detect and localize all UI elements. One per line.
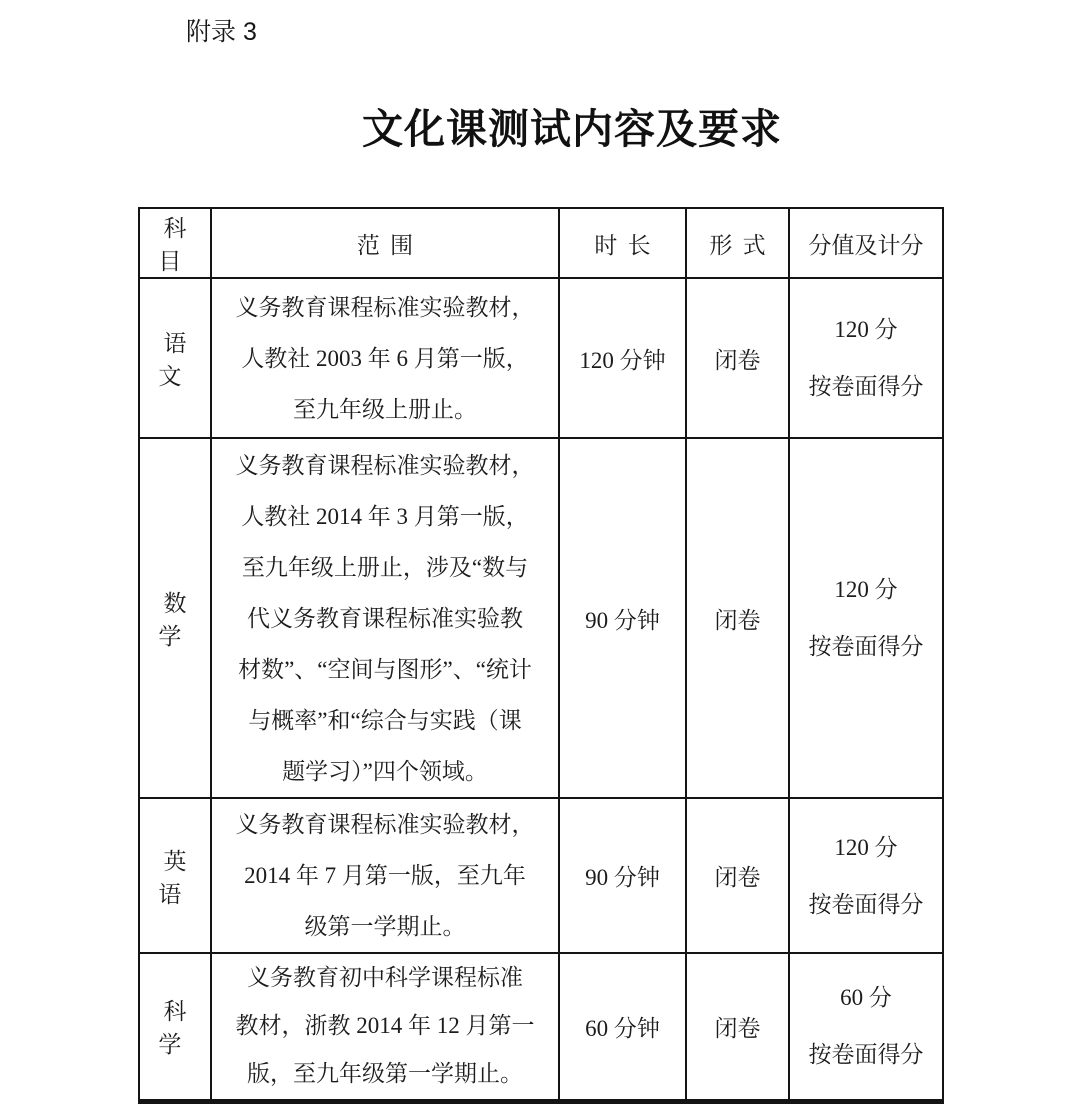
header-duration: 时长 bbox=[559, 208, 686, 278]
format-cell: 闭卷 bbox=[686, 278, 789, 438]
scope-line: 义务教育课程标准实验教材， bbox=[212, 440, 558, 491]
subject-cell: 科学 bbox=[139, 953, 211, 1101]
page-title: 文化课测试内容及要求 bbox=[32, 96, 1080, 155]
scope-line: 2014 年 7 月第一版，至九年 bbox=[212, 850, 558, 901]
header-subject: 科目 bbox=[139, 208, 211, 278]
score-line: 120 分 bbox=[790, 301, 942, 358]
scope-cell: 义务教育课程标准实验教材， 2014 年 7 月第一版，至九年 级第一学期止。 bbox=[211, 798, 559, 953]
duration-cell: 120 分钟 bbox=[559, 278, 686, 438]
scope-line: 义务教育课程标准实验教材， bbox=[212, 799, 558, 850]
header-scope: 范围 bbox=[211, 208, 559, 278]
scope-line: 版，至九年级第一学期止。 bbox=[212, 1050, 558, 1098]
appendix-label: 附录 3 bbox=[186, 12, 257, 48]
scope-line: 义务教育初中科学课程标准 bbox=[212, 954, 558, 1002]
scope-cell: 义务教育课程标准实验教材， 人教社 2014 年 3 月第一版， 至九年级上册止… bbox=[211, 438, 559, 798]
test-requirements-table: 科目 范围 时长 形式 分值及计分 语文 义务教育课程标准实验教材， 人教社 2… bbox=[138, 207, 944, 1104]
scope-line: 至九年级上册止，涉及“数与 bbox=[212, 542, 558, 593]
duration-cell: 90 分钟 bbox=[559, 798, 686, 953]
format-cell: 闭卷 bbox=[686, 953, 789, 1101]
score-line: 按卷面得分 bbox=[790, 618, 942, 675]
subject-cell: 语文 bbox=[139, 278, 211, 438]
scope-line: 与概率”和“综合与实践（课 bbox=[212, 695, 558, 746]
scope-cell: 义务教育初中科学课程标准 教材，浙教 2014 年 12 月第一 版，至九年级第… bbox=[211, 953, 559, 1101]
score-cell: 120 分 按卷面得分 bbox=[789, 278, 943, 438]
duration-cell: 60 分钟 bbox=[559, 953, 686, 1101]
duration-cell: 90 分钟 bbox=[559, 438, 686, 798]
score-cell: 60 分 按卷面得分 bbox=[789, 953, 943, 1101]
table-row-english: 英语 义务教育课程标准实验教材， 2014 年 7 月第一版，至九年 级第一学期… bbox=[139, 798, 943, 953]
score-cell: 120 分 按卷面得分 bbox=[789, 438, 943, 798]
table-row-chinese: 语文 义务教育课程标准实验教材， 人教社 2003 年 6 月第一版， 至九年级… bbox=[139, 278, 943, 438]
format-cell: 闭卷 bbox=[686, 438, 789, 798]
score-line: 60 分 bbox=[790, 969, 942, 1026]
scope-line: 义务教育课程标准实验教材， bbox=[212, 282, 558, 333]
scope-line: 代义务教育课程标准实验教 bbox=[212, 593, 558, 644]
score-cell: 120 分 按卷面得分 bbox=[789, 798, 943, 953]
subject-cell: 数学 bbox=[139, 438, 211, 798]
scope-line: 教材，浙教 2014 年 12 月第一 bbox=[212, 1002, 558, 1050]
subject-cell: 英语 bbox=[139, 798, 211, 953]
score-line: 120 分 bbox=[790, 561, 942, 618]
scope-line: 材数”、“空间与图形”、“统计 bbox=[212, 644, 558, 695]
score-line: 按卷面得分 bbox=[790, 876, 942, 933]
format-cell: 闭卷 bbox=[686, 798, 789, 953]
header-format: 形式 bbox=[686, 208, 789, 278]
header-score: 分值及计分 bbox=[789, 208, 943, 278]
scope-line: 人教社 2003 年 6 月第一版， bbox=[212, 333, 558, 384]
score-line: 120 分 bbox=[790, 819, 942, 876]
table-header-row: 科目 范围 时长 形式 分值及计分 bbox=[139, 208, 943, 278]
scope-line: 题学习）”四个领域。 bbox=[212, 746, 558, 797]
document-page: 附录 3 文化课测试内容及要求 科目 范围 时长 形式 分值及计分 语文 义务教… bbox=[0, 0, 1080, 1118]
scope-line: 至九年级上册止。 bbox=[212, 384, 558, 435]
table-row-science: 科学 义务教育初中科学课程标准 教材，浙教 2014 年 12 月第一 版，至九… bbox=[139, 953, 943, 1101]
scope-line: 级第一学期止。 bbox=[212, 901, 558, 952]
scope-line: 人教社 2014 年 3 月第一版， bbox=[212, 491, 558, 542]
score-line: 按卷面得分 bbox=[790, 358, 942, 415]
table-row-math: 数学 义务教育课程标准实验教材， 人教社 2014 年 3 月第一版， 至九年级… bbox=[139, 438, 943, 798]
scope-cell: 义务教育课程标准实验教材， 人教社 2003 年 6 月第一版， 至九年级上册止… bbox=[211, 278, 559, 438]
score-line: 按卷面得分 bbox=[790, 1026, 942, 1083]
